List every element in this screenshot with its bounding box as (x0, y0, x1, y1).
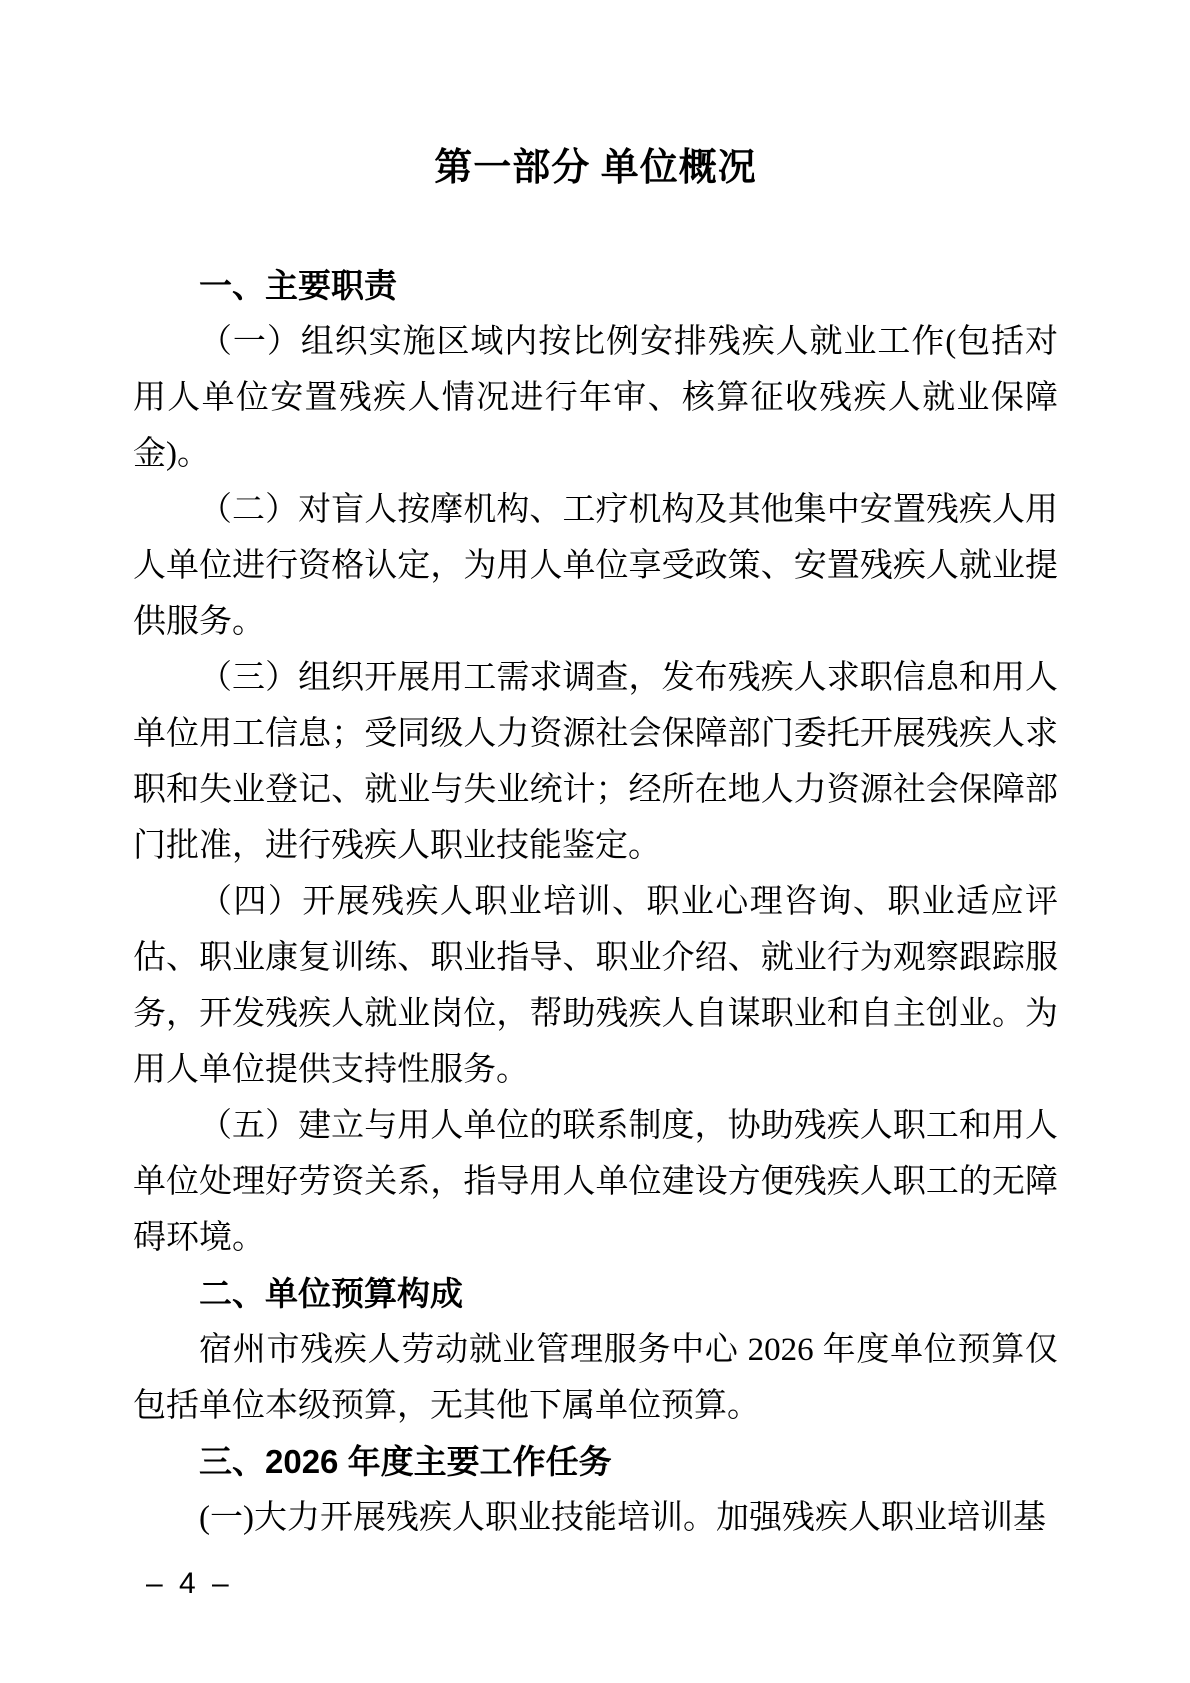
document-body: 一、主要职责（一）组织实施区域内按比例安排残疾人就业工作(包括对用人单位安置残疾… (133, 258, 1058, 1546)
section-heading: 一、主要职责 (133, 258, 1058, 314)
section-heading: 三、2026 年度主要工作任务 (133, 1434, 1058, 1490)
document-page: 第一部分 单位概况 一、主要职责（一）组织实施区域内按比例安排残疾人就业工作(包… (0, 0, 1190, 1683)
paragraph: （一）组织实施区域内按比例安排残疾人就业工作(包括对用人单位安置残疾人情况进行年… (133, 314, 1058, 482)
page-title: 第一部分 单位概况 (133, 140, 1058, 196)
paragraph: （二）对盲人按摩机构、工疗机构及其他集中安置残疾人用人单位进行资格认定，为用人单… (133, 482, 1058, 650)
page-number: – 4 – (146, 1566, 229, 1602)
paragraph: (一)大力开展残疾人职业技能培训。加强残疾人职业培训基 (133, 1490, 1058, 1546)
paragraph: （五）建立与用人单位的联系制度，协助残疾人职工和用人单位处理好劳资关系，指导用人… (133, 1098, 1058, 1266)
paragraph: （三）组织开展用工需求调查，发布残疾人求职信息和用人单位用工信息；受同级人力资源… (133, 650, 1058, 874)
paragraph: （四）开展残疾人职业培训、职业心理咨询、职业适应评估、职业康复训练、职业指导、职… (133, 874, 1058, 1098)
content-area: 第一部分 单位概况 一、主要职责（一）组织实施区域内按比例安排残疾人就业工作(包… (133, 0, 1058, 1546)
section-heading: 二、单位预算构成 (133, 1266, 1058, 1322)
paragraph: 宿州市残疾人劳动就业管理服务中心 2026 年度单位预算仅包括单位本级预算，无其… (133, 1322, 1058, 1434)
